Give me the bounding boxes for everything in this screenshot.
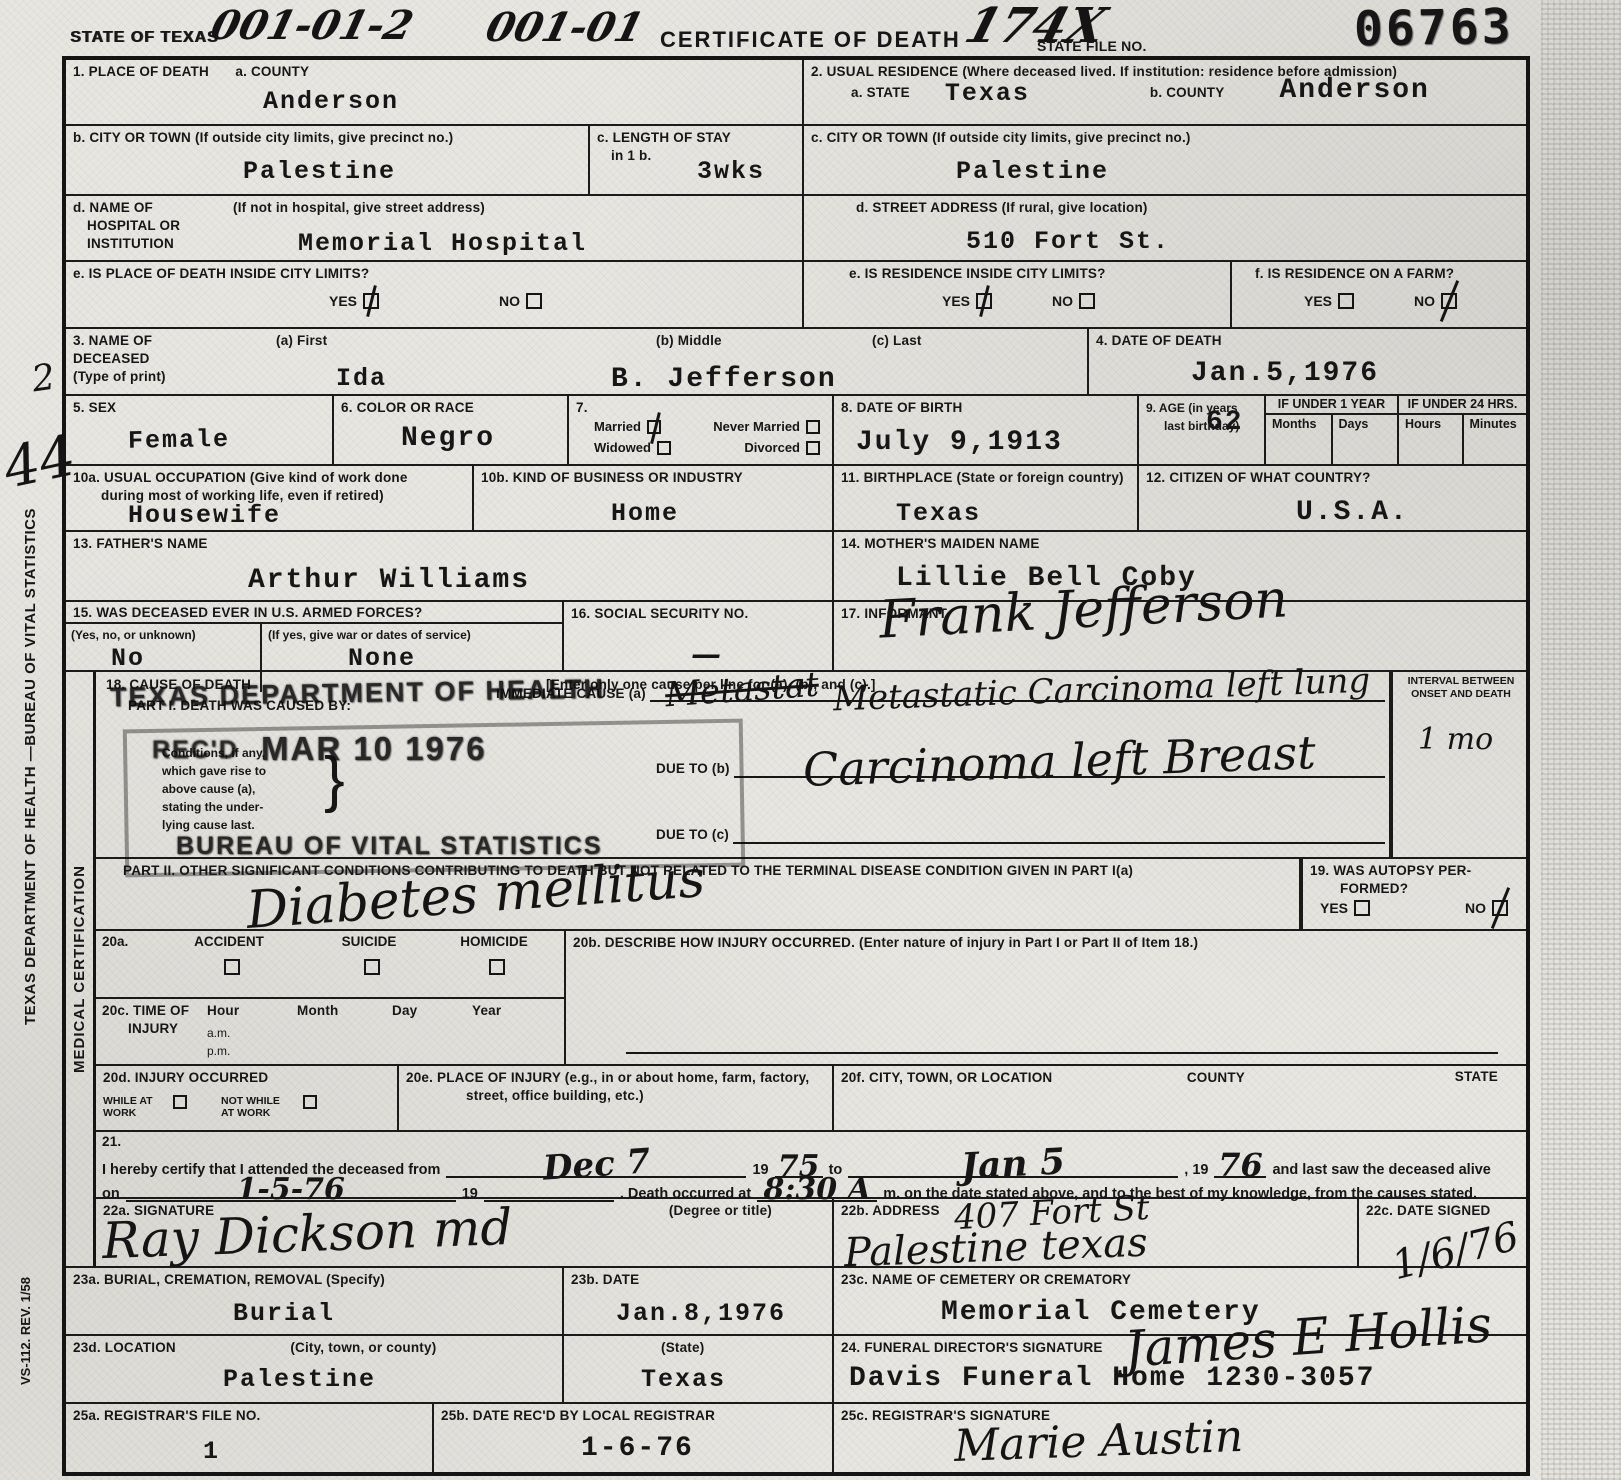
divorced-option: Divorced (744, 440, 820, 455)
county-value: Anderson (263, 89, 798, 114)
accident-checkbox (224, 959, 240, 975)
field-armed-forces: 15. WAS DECEASED EVER IN U.S. ARMED FORC… (66, 602, 564, 670)
yes-checkbox (976, 293, 992, 309)
form-row: 13. FATHER'S NAME Arthur Williams 14. MO… (66, 532, 1526, 602)
place-of-death-label: 1. PLACE OF DEATH (73, 64, 209, 79)
injury-state-label: STATE (1455, 1069, 1498, 1086)
field-length-of-stay: c. LENGTH OF STAY in 1 b. 3wks (590, 126, 804, 194)
form-row: 15. WAS DECEASED EVER IN U.S. ARMED FORC… (66, 602, 1526, 672)
field-date-signed: 22c. DATE SIGNED 1/6/76 (1359, 1199, 1526, 1266)
homicide-label: HOMICIDE (434, 934, 554, 949)
field-part2-conditions: PART II. OTHER SIGNIFICANT CONDITIONS CO… (96, 859, 1301, 929)
middle-name-value: B. Jefferson (611, 366, 872, 394)
time-of-death-value: 8:30 A (763, 1180, 870, 1200)
hospital-paren-label: (If not in hospital, give street address… (233, 200, 485, 215)
registrar-signature: Marie Austin (953, 1411, 1244, 1472)
location-city-value: Palestine (223, 1367, 562, 1392)
field-social-security-no: 16. SOCIAL SECURITY NO. — (564, 602, 834, 670)
no-checkbox (526, 293, 542, 309)
cause-b-value: Carcinoma left Breast (803, 739, 1316, 784)
residence-city-limits-label: e. IS RESIDENCE INSIDE CITY LIMITS? (849, 266, 1106, 281)
medical-certification-vertical-label: MEDICAL CERTIFICATION (71, 865, 88, 1073)
length-of-stay-label: c. LENGTH OF STAY (597, 130, 731, 145)
hospital-label-2: HOSPITAL OR (87, 218, 180, 233)
stamp-recd: REC'D (152, 736, 239, 765)
state-file-no-label: STATE FILE NO. (1037, 38, 1147, 56)
field-informant: 17. INFORMANT Frank Jefferson (834, 602, 1526, 670)
form-row: e. IS PLACE OF DEATH INSIDE CITY LIMITS?… (66, 262, 1526, 329)
residence-county-value: Anderson (1279, 77, 1429, 106)
interval-label-2: ONSET AND DEATH (1400, 688, 1522, 701)
field-date-of-birth: 8. DATE OF BIRTH July 9,1913 (834, 396, 1139, 464)
field-street-address: d. STREET ADDRESS (If rural, give locati… (804, 196, 1526, 260)
due-to-c-line: DUE TO (c) (656, 826, 1385, 844)
field-physician-signature: 22a. SIGNATURE (Degree or title) Ray Dic… (96, 1199, 834, 1266)
mother-name-label: 14. MOTHER'S MAIDEN NAME (841, 536, 1040, 551)
married-option: Married (594, 419, 661, 434)
no-option: NO (1052, 293, 1095, 309)
field-injury-city: 20f. CITY, TOWN, OR LOCATION COUNTY STAT… (834, 1066, 1526, 1130)
stamp-bureau-line: BUREAU OF VITAL STATISTICS (176, 832, 603, 861)
form-row: 10a. USUAL OCCUPATION (Give kind of work… (66, 466, 1526, 532)
hour-label: Hour (207, 1003, 239, 1018)
field-interval: INTERVAL BETWEEN ONSET AND DEATH 1 mo (1391, 672, 1526, 857)
interval-a-value: 1 mo (1418, 722, 1522, 757)
year-label: Year (472, 1003, 501, 1018)
state-of-texas-label: STATE OF TEXAS (70, 28, 219, 48)
part2-row: PART II. OTHER SIGNIFICANT CONDITIONS CO… (96, 859, 1526, 931)
field-date-received: 25b. DATE REC'D BY LOCAL REGISTRAR 1-6-7… (434, 1404, 834, 1472)
last-name-label: (c) Last (872, 333, 922, 348)
while-at-work-label: WHILE ATWORK (103, 1095, 167, 1119)
length-of-stay-value: 3wks (697, 159, 798, 184)
signature-row: 22a. SIGNATURE (Degree or title) Ray Dic… (96, 1199, 1526, 1266)
burial-type-label: 23a. BURIAL, CREMATION, REMOVAL (Specify… (73, 1272, 385, 1287)
days-label: Days (1333, 415, 1398, 464)
not-while-at-work-label: NOT WHILEAT WORK (221, 1095, 297, 1119)
field-injury-occurred: 20d. INJURY OCCURRED WHILE ATWORK NOT WH… (96, 1066, 399, 1130)
autopsy-label-1: 19. WAS AUTOPSY PER- (1310, 863, 1471, 878)
autopsy-label-2: FORMED? (1340, 881, 1408, 896)
location-sub-2: (State) (661, 1340, 704, 1355)
yes-checkbox (363, 293, 379, 309)
no-option: NO (1414, 293, 1457, 309)
under-24-hrs-label: IF UNDER 24 HRS. (1399, 396, 1526, 415)
months-label: Months (1266, 415, 1333, 464)
divorced-checkbox (806, 441, 820, 455)
interval-label-1: INTERVAL BETWEEN (1400, 675, 1522, 688)
field-registrar-file-no: 25a. REGISTRAR'S FILE NO. 1 (66, 1404, 434, 1472)
form-row: 5. SEX Female 6. COLOR OR RACE Negro 7. … (66, 396, 1526, 466)
field-business-industry: 10b. KIND OF BUSINESS OR INDUSTRY Home (474, 466, 834, 530)
field-death-inside-city-limits: e. IS PLACE OF DEATH INSIDE CITY LIMITS?… (66, 262, 804, 327)
death-city-limits-label: e. IS PLACE OF DEATH INSIDE CITY LIMITS? (73, 266, 369, 281)
place-of-injury-label-1: 20e. PLACE OF INJURY (e.g., in or about … (406, 1070, 809, 1085)
form-row: d. NAME OF HOSPITAL OR INSTITUTION (If n… (66, 196, 1526, 262)
describe-injury-writing-line (626, 1052, 1498, 1054)
county-label: a. COUNTY (235, 64, 309, 79)
length-of-stay-sub: in 1 b. (611, 148, 651, 163)
cemetery-label: 23c. NAME OF CEMETERY OR CREMATORY (841, 1272, 1131, 1287)
field-age: 9. AGE (in years last birthday) 62 (1139, 396, 1266, 464)
yes-checkbox (1354, 900, 1370, 916)
suicide-checkbox (364, 959, 380, 975)
field-sex: 5. SEX Female (66, 396, 334, 464)
minutes-label: Minutes (1464, 415, 1527, 464)
attended-to-value: Jan 5 (961, 1150, 1066, 1179)
never-married-option: Never Married (713, 419, 820, 434)
funeral-director-label: 24. FUNERAL DIRECTOR'S SIGNATURE (841, 1340, 1103, 1355)
city-of-death-label: b. CITY OR TOWN (If outside city limits,… (73, 130, 453, 145)
date-signed-label: 22c. DATE SIGNED (1366, 1203, 1490, 1218)
yes-option: YES (329, 293, 379, 309)
age-value: 62 (1206, 409, 1260, 437)
field-citizen-of: 12. CITIZEN OF WHAT COUNTRY? U.S.A. (1139, 466, 1526, 530)
crossed-out-word: Metastat (664, 675, 819, 706)
place-of-injury-label-2: street, office building, etc.) (466, 1088, 644, 1103)
middle-name-label: (b) Middle (656, 333, 722, 348)
yes-option: YES (1320, 900, 1370, 916)
certificate-title: CERTIFICATE OF DEATH (660, 26, 961, 54)
armed-forces-label: 15. WAS DECEASED EVER IN U.S. ARMED FORC… (66, 602, 562, 624)
field-name-of-deceased: 3. NAME OF DECEASED (Type of print) (a) … (66, 329, 1089, 394)
while-at-work-checkbox (173, 1095, 187, 1109)
city-of-death-value: Palestine (243, 159, 584, 184)
immediate-cause-line: IMMEDIATE CAUSE (a) Metastat Metastatic … (496, 680, 1385, 702)
sex-value: Female (128, 425, 328, 453)
registrar-file-label: 25a. REGISTRAR'S FILE NO. (73, 1408, 261, 1423)
under-1-year-label: IF UNDER 1 YEAR (1266, 396, 1397, 415)
dob-value: July 9,1913 (856, 429, 1133, 457)
field-city-of-death: b. CITY OR TOWN (If outside city limits,… (66, 126, 590, 194)
cause-of-death-row: 18. CAUSE OF DEATH [Enter only one cause… (96, 672, 1526, 859)
occupation-value: Housewife (128, 503, 468, 528)
father-name-label: 13. FATHER'S NAME (73, 536, 208, 551)
marital-label: 7. (576, 400, 588, 415)
married-checkbox (647, 420, 661, 434)
residence-farm-label: f. IS RESIDENCE ON A FARM? (1255, 266, 1454, 281)
certificate-form: 1. PLACE OF DEATH a. COUNTY Anderson 2. … (62, 56, 1530, 1476)
field-time-of-injury: 20c. TIME OF INJURY Hour a.m. p.m. Month… (96, 999, 564, 1064)
field-burial-type: 23a. BURIAL, CREMATION, REMOVAL (Specify… (66, 1268, 564, 1334)
field-funeral-director: 24. FUNERAL DIRECTOR'S SIGNATURE James E… (834, 1336, 1526, 1402)
field-burial-date: 23b. DATE Jan.8,1976 (564, 1268, 834, 1334)
field-burial-location: 23d. LOCATION (City, town, or county) Pa… (66, 1336, 834, 1402)
occupation-label-1: 10a. USUAL OCCUPATION (Give kind of work… (73, 470, 408, 485)
describe-injury-label: 20b. DESCRIBE HOW INJURY OCCURRED. (Ente… (573, 935, 1198, 950)
injury-left-block: 20a. ACCIDENT SUICIDE HOMICIDE (96, 931, 566, 1064)
injury-manner-row: 20a. ACCIDENT SUICIDE HOMICIDE (96, 931, 1526, 1066)
armed-forces-value-1: No (111, 646, 260, 671)
first-name-label: (a) First (276, 333, 327, 348)
day-label: Day (392, 1003, 417, 1018)
armed-forces-sub-2: (If yes, give war or dates of service) (268, 628, 471, 642)
injury-city-label: 20f. CITY, TOWN, OR LOCATION (841, 1070, 1052, 1085)
field-marital-status: 7. Married Never Married Widowed Divorce… (569, 396, 834, 464)
never-married-checkbox (806, 420, 820, 434)
field-if-under-24-hrs: IF UNDER 24 HRS. Hours Minutes (1399, 396, 1526, 464)
field-place-of-injury: 20e. PLACE OF INJURY (e.g., in or about … (399, 1066, 834, 1130)
injury-occurred-label: 20d. INJURY OCCURRED (103, 1070, 268, 1085)
form-row: 3. NAME OF DECEASED (Type of print) (a) … (66, 329, 1526, 396)
name-label-2: DECEASED (73, 351, 150, 366)
street-address-value: 510 Fort St. (966, 229, 1522, 254)
field-father-name: 13. FATHER'S NAME Arthur Williams (66, 532, 834, 600)
armed-forces-sub-1: (Yes, no, or unknown) (71, 628, 196, 642)
sex-label: 5. SEX (73, 400, 116, 415)
injury-county-label: COUNTY (1187, 1070, 1245, 1085)
cause-a-value: Metastatic Carcinoma left lung (833, 671, 1371, 710)
race-label: 6. COLOR OR RACE (341, 400, 474, 415)
location-state-value: Texas (641, 1367, 832, 1392)
no-checkbox (1441, 293, 1457, 309)
state-file-number-stamp: 06763 (1354, 0, 1514, 57)
ssn-label: 16. SOCIAL SECURITY NO. (571, 606, 748, 621)
certification-row: 21. I hereby certify that I attended the… (96, 1132, 1526, 1199)
father-name-value: Arthur Williams (248, 567, 828, 595)
degree-label: (Degree or title) (669, 1203, 772, 1220)
residence-city-label: c. CITY OR TOWN (If outside city limits,… (811, 130, 1191, 145)
first-name-value: Ida (336, 366, 576, 391)
field-if-under-1-year: IF UNDER 1 YEAR Months Days (1266, 396, 1399, 464)
field-autopsy: 19. WAS AUTOPSY PER- FORMED? YES NO (1301, 859, 1526, 929)
am-label: a.m. (207, 1026, 230, 1040)
field-cause-of-death: 18. CAUSE OF DEATH [Enter only one cause… (96, 672, 1391, 857)
form-code: VS-112. REV. 1/58 (18, 1195, 33, 1385)
residence-state-label: a. STATE (851, 85, 910, 106)
attended-from-value: Dec 7 (542, 1150, 651, 1180)
widowed-checkbox (657, 441, 671, 455)
handwritten-code-mid: 001-01 (481, 4, 648, 51)
residence-state-value: Texas (945, 81, 1030, 106)
street-address-label: d. STREET ADDRESS (If rural, give locati… (856, 200, 1148, 215)
hospital-label-3: INSTITUTION (87, 236, 174, 251)
field-date-of-death: 4. DATE OF DEATH Jan.5,1976 (1089, 329, 1526, 394)
due-to-b-line: DUE TO (b) Carcinoma left Breast (656, 748, 1385, 778)
hospital-value: Memorial Hospital (298, 231, 798, 256)
field-manner-of-death: 20a. ACCIDENT SUICIDE HOMICIDE (96, 931, 564, 999)
field-hospital: d. NAME OF HOSPITAL OR INSTITUTION (If n… (66, 196, 804, 260)
birthplace-value: Texas (896, 501, 1133, 526)
death-certificate-scan: TEXAS DEPARTMENT OF HEALTH —BUREAU OF VI… (0, 0, 1621, 1480)
injury-place-row: 20d. INJURY OCCURRED WHILE ATWORK NOT WH… (96, 1066, 1526, 1132)
date-of-death-value: Jan.5,1976 (1191, 360, 1522, 388)
name-label-3: (Type of print) (73, 369, 166, 384)
burial-date-value: Jan.8,1976 (616, 1301, 828, 1326)
field-registrar-signature: 25c. REGISTRAR'S SIGNATURE Marie Austin (834, 1404, 1526, 1472)
no-option: NO (499, 293, 542, 309)
hospital-label-1: d. NAME OF (73, 200, 153, 215)
field-residence-on-farm: f. IS RESIDENCE ON A FARM? YES NO (1232, 262, 1526, 327)
to-year-value: 76 (1218, 1155, 1263, 1176)
homicide-checkbox (489, 959, 505, 975)
form-row: 23d. LOCATION (City, town, or county) Pa… (66, 1336, 1526, 1404)
race-value: Negro (401, 425, 563, 453)
no-option: NO (1465, 900, 1508, 916)
medical-certification-section: MEDICAL CERTIFICATION 18. CAUSE OF DEATH… (66, 672, 1526, 1268)
yes-option: YES (1304, 293, 1354, 309)
form-row: 1. PLACE OF DEATH a. COUNTY Anderson 2. … (66, 60, 1526, 126)
field-birthplace: 11. BIRTHPLACE (State or foreign country… (834, 466, 1139, 530)
dob-label: 8. DATE OF BIRTH (841, 400, 962, 415)
handwritten-code-left: 001-01-2 (206, 2, 418, 49)
citizen-value: U.S.A. (1296, 499, 1522, 527)
form-row: b. CITY OR TOWN (If outside city limits,… (66, 126, 1526, 196)
margin-handwritten-number-2: 2 (29, 357, 57, 401)
header: STATE OF TEXAS 001-01-2 001-01 CERTIFICA… (62, 8, 1562, 56)
residence-county-label: b. COUNTY (1150, 85, 1225, 106)
month-label: Month (297, 1003, 338, 1018)
date-received-value: 1-6-76 (581, 1435, 828, 1463)
citizen-label: 12. CITIZEN OF WHAT COUNTRY? (1146, 470, 1371, 485)
field-usual-residence: 2. USUAL RESIDENCE (Where deceased lived… (804, 60, 1526, 124)
date-of-death-label: 4. DATE OF DEATH (1096, 333, 1222, 348)
date-received-label: 25b. DATE REC'D BY LOCAL REGISTRAR (441, 1408, 715, 1423)
name-label-1: 3. NAME OF (73, 333, 152, 348)
medical-certification-strip: MEDICAL CERTIFICATION (66, 672, 96, 1266)
yes-checkbox (1338, 293, 1354, 309)
field-physician-address: 22b. ADDRESS 407 Fort St Palestine texas (834, 1199, 1359, 1266)
field-residence-inside-city-limits: e. IS RESIDENCE INSIDE CITY LIMITS? YES … (804, 262, 1232, 327)
no-checkbox (1492, 900, 1508, 916)
registrar-file-value: 1 (203, 1439, 428, 1464)
suicide-label: SUICIDE (304, 934, 434, 949)
time-of-injury-label-1: 20c. TIME OF (102, 1003, 189, 1018)
yes-option: YES (942, 293, 992, 309)
form-row: 25a. REGISTRAR'S FILE NO. 1 25b. DATE RE… (66, 1404, 1526, 1472)
hours-label: Hours (1399, 415, 1464, 464)
stamp-date: MAR 10 1976 (261, 730, 487, 768)
pm-label: p.m. (207, 1044, 230, 1058)
widowed-option: Widowed (594, 440, 671, 455)
field-color-or-race: 6. COLOR OR RACE Negro (334, 396, 569, 464)
address-label: 22b. ADDRESS (841, 1203, 940, 1218)
burial-type-value: Burial (233, 1301, 558, 1326)
field-place-of-death: 1. PLACE OF DEATH a. COUNTY Anderson (66, 60, 804, 124)
location-label: 23d. LOCATION (73, 1340, 176, 1355)
field-describe-injury: 20b. DESCRIBE HOW INJURY OCCURRED. (Ente… (566, 931, 1526, 1064)
location-sub-1: (City, town, or county) (290, 1340, 436, 1355)
field-usual-occupation: 10a. USUAL OCCUPATION (Give kind of work… (66, 466, 474, 530)
birthplace-label: 11. BIRTHPLACE (State or foreign country… (841, 470, 1124, 485)
field-residence-city: c. CITY OR TOWN (If outside city limits,… (804, 126, 1526, 194)
not-while-at-work-checkbox (303, 1095, 317, 1109)
burial-date-label: 23b. DATE (571, 1272, 639, 1287)
last-seen-date-value: 1-5-76 (237, 1180, 345, 1200)
business-value: Home (611, 501, 828, 526)
manner-label: 20a. (102, 934, 154, 949)
business-label: 10b. KIND OF BUSINESS OR INDUSTRY (481, 470, 743, 485)
time-of-injury-label-2: INJURY (128, 1021, 178, 1036)
margin-vertical-agency-text: TEXAS DEPARTMENT OF HEALTH —BUREAU OF VI… (22, 235, 39, 1025)
armed-forces-value-2: None (348, 646, 562, 671)
residence-city-value: Palestine (956, 159, 1522, 184)
no-checkbox (1079, 293, 1095, 309)
